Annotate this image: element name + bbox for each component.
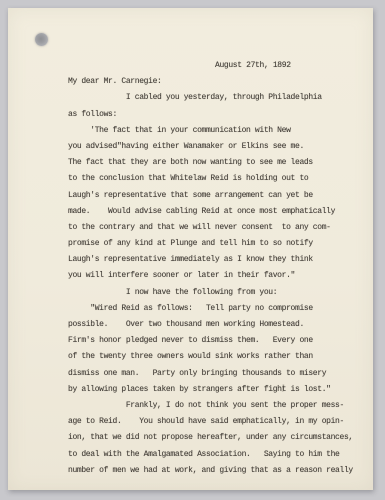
letter-line: number of men we had at work, and giving… (68, 463, 368, 479)
letter-line: dismiss one man. Party only bringing tho… (68, 366, 368, 382)
letter-line: possible. Over two thousand men working … (68, 317, 368, 333)
hole-punch-icon (35, 33, 48, 46)
letter-line: Laugh's representative immediately as I … (68, 252, 368, 268)
letter-page: August 27th, 1892 My dear Mr. Carnegie: … (8, 8, 373, 490)
salutation: My dear Mr. Carnegie: (68, 74, 368, 90)
letter-line: you will interfere sooner or later in th… (68, 268, 368, 284)
letter-line: Firm's honor pledged never to dismiss th… (68, 333, 368, 349)
letter-text: August 27th, 1892 My dear Mr. Carnegie: … (68, 58, 368, 479)
letter-line: to the conclusion that Whitelaw Reid is … (68, 171, 368, 187)
letter-line: you advised"having either Wanamaker or E… (68, 139, 368, 155)
letter-line: ion, that we did not propose hereafter, … (68, 430, 368, 446)
letter-line: to the contrary and that we will never c… (68, 220, 368, 236)
letter-line: made. Would advise cabling Reid at once … (68, 204, 368, 220)
letter-line: Laugh's representative that some arrange… (68, 188, 368, 204)
letter-line: Frankly, I do not think you sent the pro… (68, 398, 368, 414)
letter-line: 'The fact that in your communication wit… (68, 123, 368, 139)
letter-line: I now have the following from you: (68, 285, 368, 301)
scanned-letter: August 27th, 1892 My dear Mr. Carnegie: … (0, 0, 385, 500)
letter-line: The fact that they are both now wanting … (68, 155, 368, 171)
letter-line: as follows: (68, 107, 368, 123)
letter-line: age to Reid. You should have said emphat… (68, 414, 368, 430)
letter-line: to deal with the Amalgamated Association… (68, 447, 368, 463)
letter-line: "Wired Reid as follows: Tell party no co… (68, 301, 368, 317)
date-line: August 27th, 1892 (215, 58, 368, 74)
letter-line: I cabled you yesterday, through Philadel… (68, 90, 368, 106)
letter-line: by allowing places taken by strangers af… (68, 382, 368, 398)
letter-line: promise of any kind at Plunge and tell h… (68, 236, 368, 252)
letter-line: of the twenty three owners would sink wo… (68, 349, 368, 365)
